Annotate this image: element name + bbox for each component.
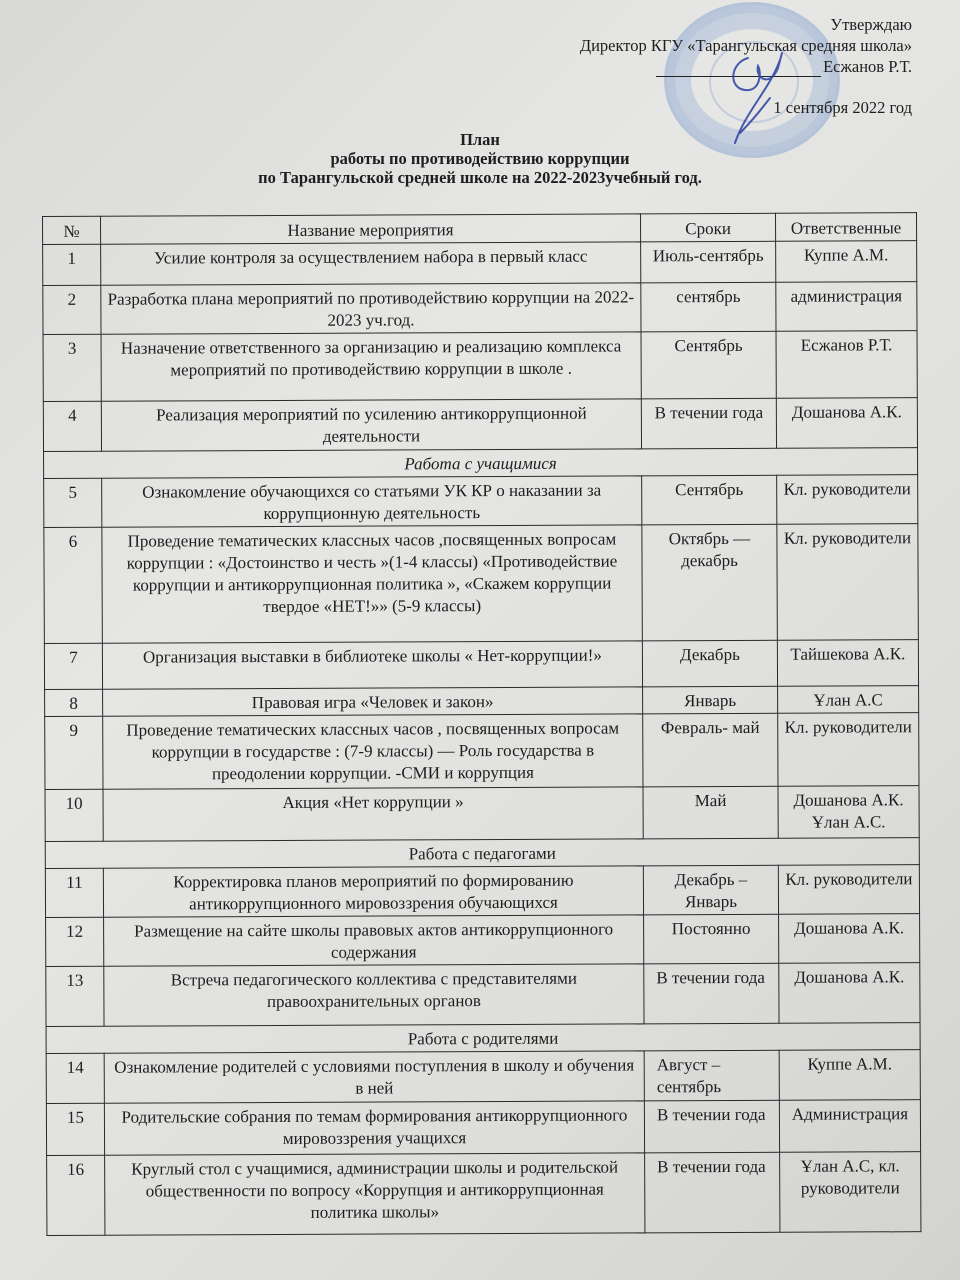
row-num: 1 — [43, 244, 101, 285]
row-dates: Сентябрь — [642, 475, 777, 525]
table-row: 6 Проведение тематических классных часов… — [44, 524, 918, 644]
row-responsible: Кл. руководители — [777, 524, 919, 641]
row-num: 5 — [44, 478, 102, 527]
signatory-line: Есжанов Р.Т. — [580, 56, 912, 77]
header-num: № — [43, 216, 101, 244]
row-dates: Февраль- май — [643, 713, 778, 787]
row-num: 15 — [46, 1103, 104, 1155]
approval-block: Утверждаю Директор КГУ «Тарангульская ср… — [580, 14, 912, 118]
row-responsible: Дошанова А.К. — [779, 963, 920, 1024]
row-dates: Октябрь — декабрь — [642, 524, 778, 641]
row-dates: сентябрь — [641, 282, 776, 332]
signatory-name: Есжанов Р.Т. — [823, 57, 912, 76]
header-responsible: Ответственные — [775, 213, 916, 242]
row-name: Проведение тематических классных часов ,… — [102, 525, 643, 643]
table-row: 10 Акция «Нет коррупции » Май Дошанова А… — [45, 786, 919, 842]
row-num: 4 — [43, 401, 101, 451]
table-row: 1 Усилие контроля за осуществлением набо… — [43, 241, 917, 286]
row-num: 11 — [45, 868, 103, 917]
table-row: 3 Назначение ответственного за организац… — [43, 331, 917, 402]
row-name: Акция «Нет коррупции » — [103, 787, 643, 841]
row-name: Круглый стол с учащимися, администрации … — [105, 1153, 645, 1235]
title-line-1: План — [0, 130, 960, 149]
approve-label: Утверждаю — [580, 14, 912, 35]
row-dates: В течении года — [644, 963, 779, 1024]
signature-line — [656, 62, 821, 77]
row-dates: Сентябрь — [641, 331, 776, 399]
row-dates: В течении года — [644, 1100, 779, 1153]
row-num: 9 — [45, 716, 103, 789]
table-row: 9 Проведение тематических классных часов… — [45, 713, 919, 790]
row-num: 12 — [46, 917, 104, 966]
row-num: 2 — [43, 285, 101, 334]
row-num: 6 — [44, 527, 103, 643]
row-num: 3 — [43, 334, 101, 401]
row-dates: Январь — [643, 686, 778, 714]
row-responsible: Есжанов Р.Т. — [776, 331, 917, 399]
row-name: Назначение ответственного за организацию… — [101, 332, 641, 401]
section-title: Работа с родителями — [46, 1023, 920, 1054]
row-responsible: Кл. руководители — [778, 865, 919, 915]
table-row: 16 Круглый стол с учащимися, администрац… — [47, 1152, 921, 1236]
row-dates: В течении года — [641, 398, 776, 449]
table-row: 15 Родительские собрания по темам формир… — [46, 1100, 920, 1156]
row-dates: Июль-сентябрь — [641, 241, 776, 283]
row-responsible: Тайшекова А.К. — [777, 640, 918, 687]
row-name: Реализация мероприятий по усилению антик… — [101, 399, 641, 451]
row-num: 13 — [46, 966, 104, 1026]
table-header-row: № Название мероприятия Сроки Ответственн… — [43, 213, 917, 245]
section-header-teachers: Работа с педагогами — [45, 838, 919, 869]
row-dates: Август – сентябрь — [644, 1050, 779, 1101]
table-row: 12 Размещение на сайте школы правовых ак… — [46, 914, 920, 967]
row-responsible: Ұлан А.С, кл. руководители — [780, 1152, 921, 1233]
row-name: Усилие контроля за осуществлением набора… — [101, 242, 641, 285]
row-responsible: Кл. руководители — [777, 475, 918, 525]
row-responsible: Куппе А.М. — [779, 1050, 920, 1101]
row-num: 8 — [45, 689, 103, 716]
section-header-parents: Работа с родителями — [46, 1023, 920, 1054]
director-line: Директор КГУ «Тарангульская средняя школ… — [580, 35, 912, 56]
header-dates: Сроки — [640, 213, 775, 242]
scanned-document-page: Утверждаю Директор КГУ «Тарангульская ср… — [0, 0, 960, 1280]
table-row: 5 Ознакомление обучающихся со статьями У… — [44, 475, 918, 528]
row-dates: В течении года — [645, 1152, 780, 1233]
row-responsible: Дошанова А.К. — [776, 398, 917, 449]
table-row: 4 Реализация мероприятий по усилению ант… — [43, 398, 917, 452]
row-responsible: Куппе А.М. — [776, 241, 917, 283]
row-dates: Декабрь — [642, 640, 777, 687]
row-responsible: Дошанова А.К. — [779, 914, 920, 964]
row-dates: Постоянно — [644, 914, 779, 964]
row-dates: Май — [643, 786, 778, 839]
row-dates: Декабрь – Январь — [643, 865, 778, 915]
row-name: Организация выставки в библиотеке школы … — [102, 641, 642, 689]
row-name: Размещение на сайте школы правовых актов… — [104, 915, 644, 966]
table-row: 11 Корректировка планов мероприятий по ф… — [45, 865, 919, 918]
row-name: Правовая игра «Человек и закон» — [103, 687, 643, 716]
table-row: 2 Разработка плана мероприятий по против… — [43, 282, 917, 335]
section-header-students: Работа с учащимися — [44, 448, 918, 479]
row-responsible: администрация — [776, 282, 917, 332]
row-name: Встреча педагогического коллектива с пре… — [104, 964, 644, 1026]
row-num: 10 — [45, 789, 103, 841]
row-responsible: Администрация — [779, 1100, 920, 1153]
row-num: 16 — [47, 1155, 105, 1235]
table-row: 8 Правовая игра «Человек и закон» Январь… — [45, 686, 919, 717]
row-name: Проведение тематических классных часов ,… — [103, 714, 643, 789]
section-title: Работа с педагогами — [45, 838, 919, 869]
table-row: 14 Ознакомление родителей с условиями по… — [46, 1050, 920, 1104]
header-name: Название мероприятия — [101, 214, 641, 244]
title-line-3: по Тарангульской средней школе на 2022-2… — [0, 168, 960, 187]
row-name: Разработка плана мероприятий по противод… — [101, 283, 641, 334]
approval-date: 1 сентября 2022 год — [580, 97, 912, 118]
row-num: 7 — [44, 643, 102, 689]
title-line-2: работы по противодействию коррупции — [0, 149, 960, 168]
table-row: 13 Встреча педагогического коллектива с … — [46, 963, 920, 1027]
row-num: 14 — [46, 1053, 104, 1103]
row-responsible: Ұлан А.С — [778, 686, 919, 714]
row-name: Корректировка планов мероприятий по форм… — [103, 866, 643, 917]
row-name: Ознакомление родителей с условиями посту… — [104, 1051, 644, 1103]
row-name: Ознакомление обучающихся со статьями УК … — [102, 476, 642, 527]
row-responsible: Дошанова А.К. Ұлан А.С. — [778, 786, 919, 839]
row-name: Родительские собрания по темам формирова… — [104, 1101, 644, 1155]
document-title: План работы по противодействию коррупции… — [0, 130, 960, 187]
table-row: 7 Организация выставки в библиотеке школ… — [44, 640, 918, 690]
row-responsible: Кл. руководители — [778, 713, 919, 787]
plan-table: № Название мероприятия Сроки Ответственн… — [42, 212, 921, 1236]
section-title: Работа с учащимися — [44, 448, 918, 479]
